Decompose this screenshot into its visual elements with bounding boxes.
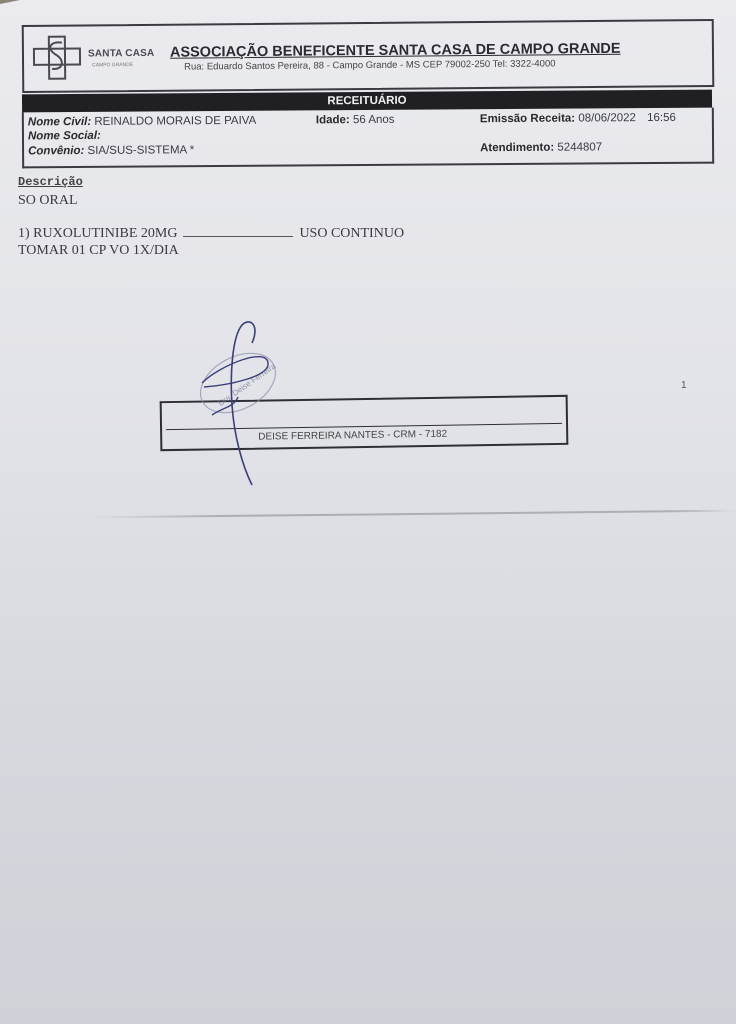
medication-line: 1) RUXOLUTINIBE 20MG xyxy=(18,226,177,241)
emissao-label: Emissão Receita: xyxy=(480,113,575,126)
paper-fold xyxy=(90,510,736,519)
atendimento-field: Atendimento: 5244807 xyxy=(480,141,602,154)
description-title: Descrição xyxy=(18,175,83,189)
signature-stamp-icon: Dra. Deise Ferreira xyxy=(190,315,300,495)
logo-subtext: CAMPO GRANDE xyxy=(92,62,133,68)
convenio-field: Convênio: SIA/SUS-SISTEMA * xyxy=(28,144,194,157)
nome-social-label: Nome Social: xyxy=(28,130,101,143)
medication-usage: USO CONTINUO xyxy=(299,226,404,241)
emissao-date: 08/06/2022 xyxy=(578,112,636,124)
santa-casa-logo-icon xyxy=(32,34,82,80)
prescription-paper: SANTA CASA CAMPO GRANDE ASSOCIAÇÃO BENEF… xyxy=(0,0,736,1024)
administration-route: SO ORAL xyxy=(18,193,78,209)
header-box: SANTA CASA CAMPO GRANDE ASSOCIAÇÃO BENEF… xyxy=(22,19,715,93)
medication-instructions: TOMAR 01 CP VO 1X/DIA xyxy=(18,243,179,259)
nome-social-field: Nome Social: xyxy=(28,130,101,143)
convenio-value: SIA/SUS-SISTEMA * xyxy=(87,144,194,157)
blank-line xyxy=(183,236,293,237)
idade-value: 56 Anos xyxy=(353,114,395,126)
nome-civil-label: Nome Civil: xyxy=(28,116,91,128)
logo-text: SANTA CASA xyxy=(88,48,155,60)
organization-address: Rua: Eduardo Santos Pereira, 88 - Campo … xyxy=(184,58,556,72)
nome-civil-value: REINALDO MORAIS DE PAIVA xyxy=(94,115,256,128)
patient-info-box: Nome Civil: REINALDO MORAIS DE PAIVA Ida… xyxy=(22,108,714,169)
prescription-item: 1) RUXOLUTINIBE 20MGUSO CONTINUO xyxy=(18,226,404,242)
page-number: 1 xyxy=(681,380,687,391)
nome-civil-field: Nome Civil: REINALDO MORAIS DE PAIVA xyxy=(28,115,256,129)
idade-field: Idade: 56 Anos xyxy=(316,114,395,127)
emissao-time: 16:56 xyxy=(647,112,676,124)
convenio-label: Convênio: xyxy=(28,145,84,157)
atendimento-value: 5244807 xyxy=(557,141,602,153)
atendimento-label: Atendimento: xyxy=(480,142,554,155)
emissao-field: Emissão Receita: 08/06/2022 16:56 xyxy=(480,112,676,125)
idade-label: Idade: xyxy=(316,114,350,126)
